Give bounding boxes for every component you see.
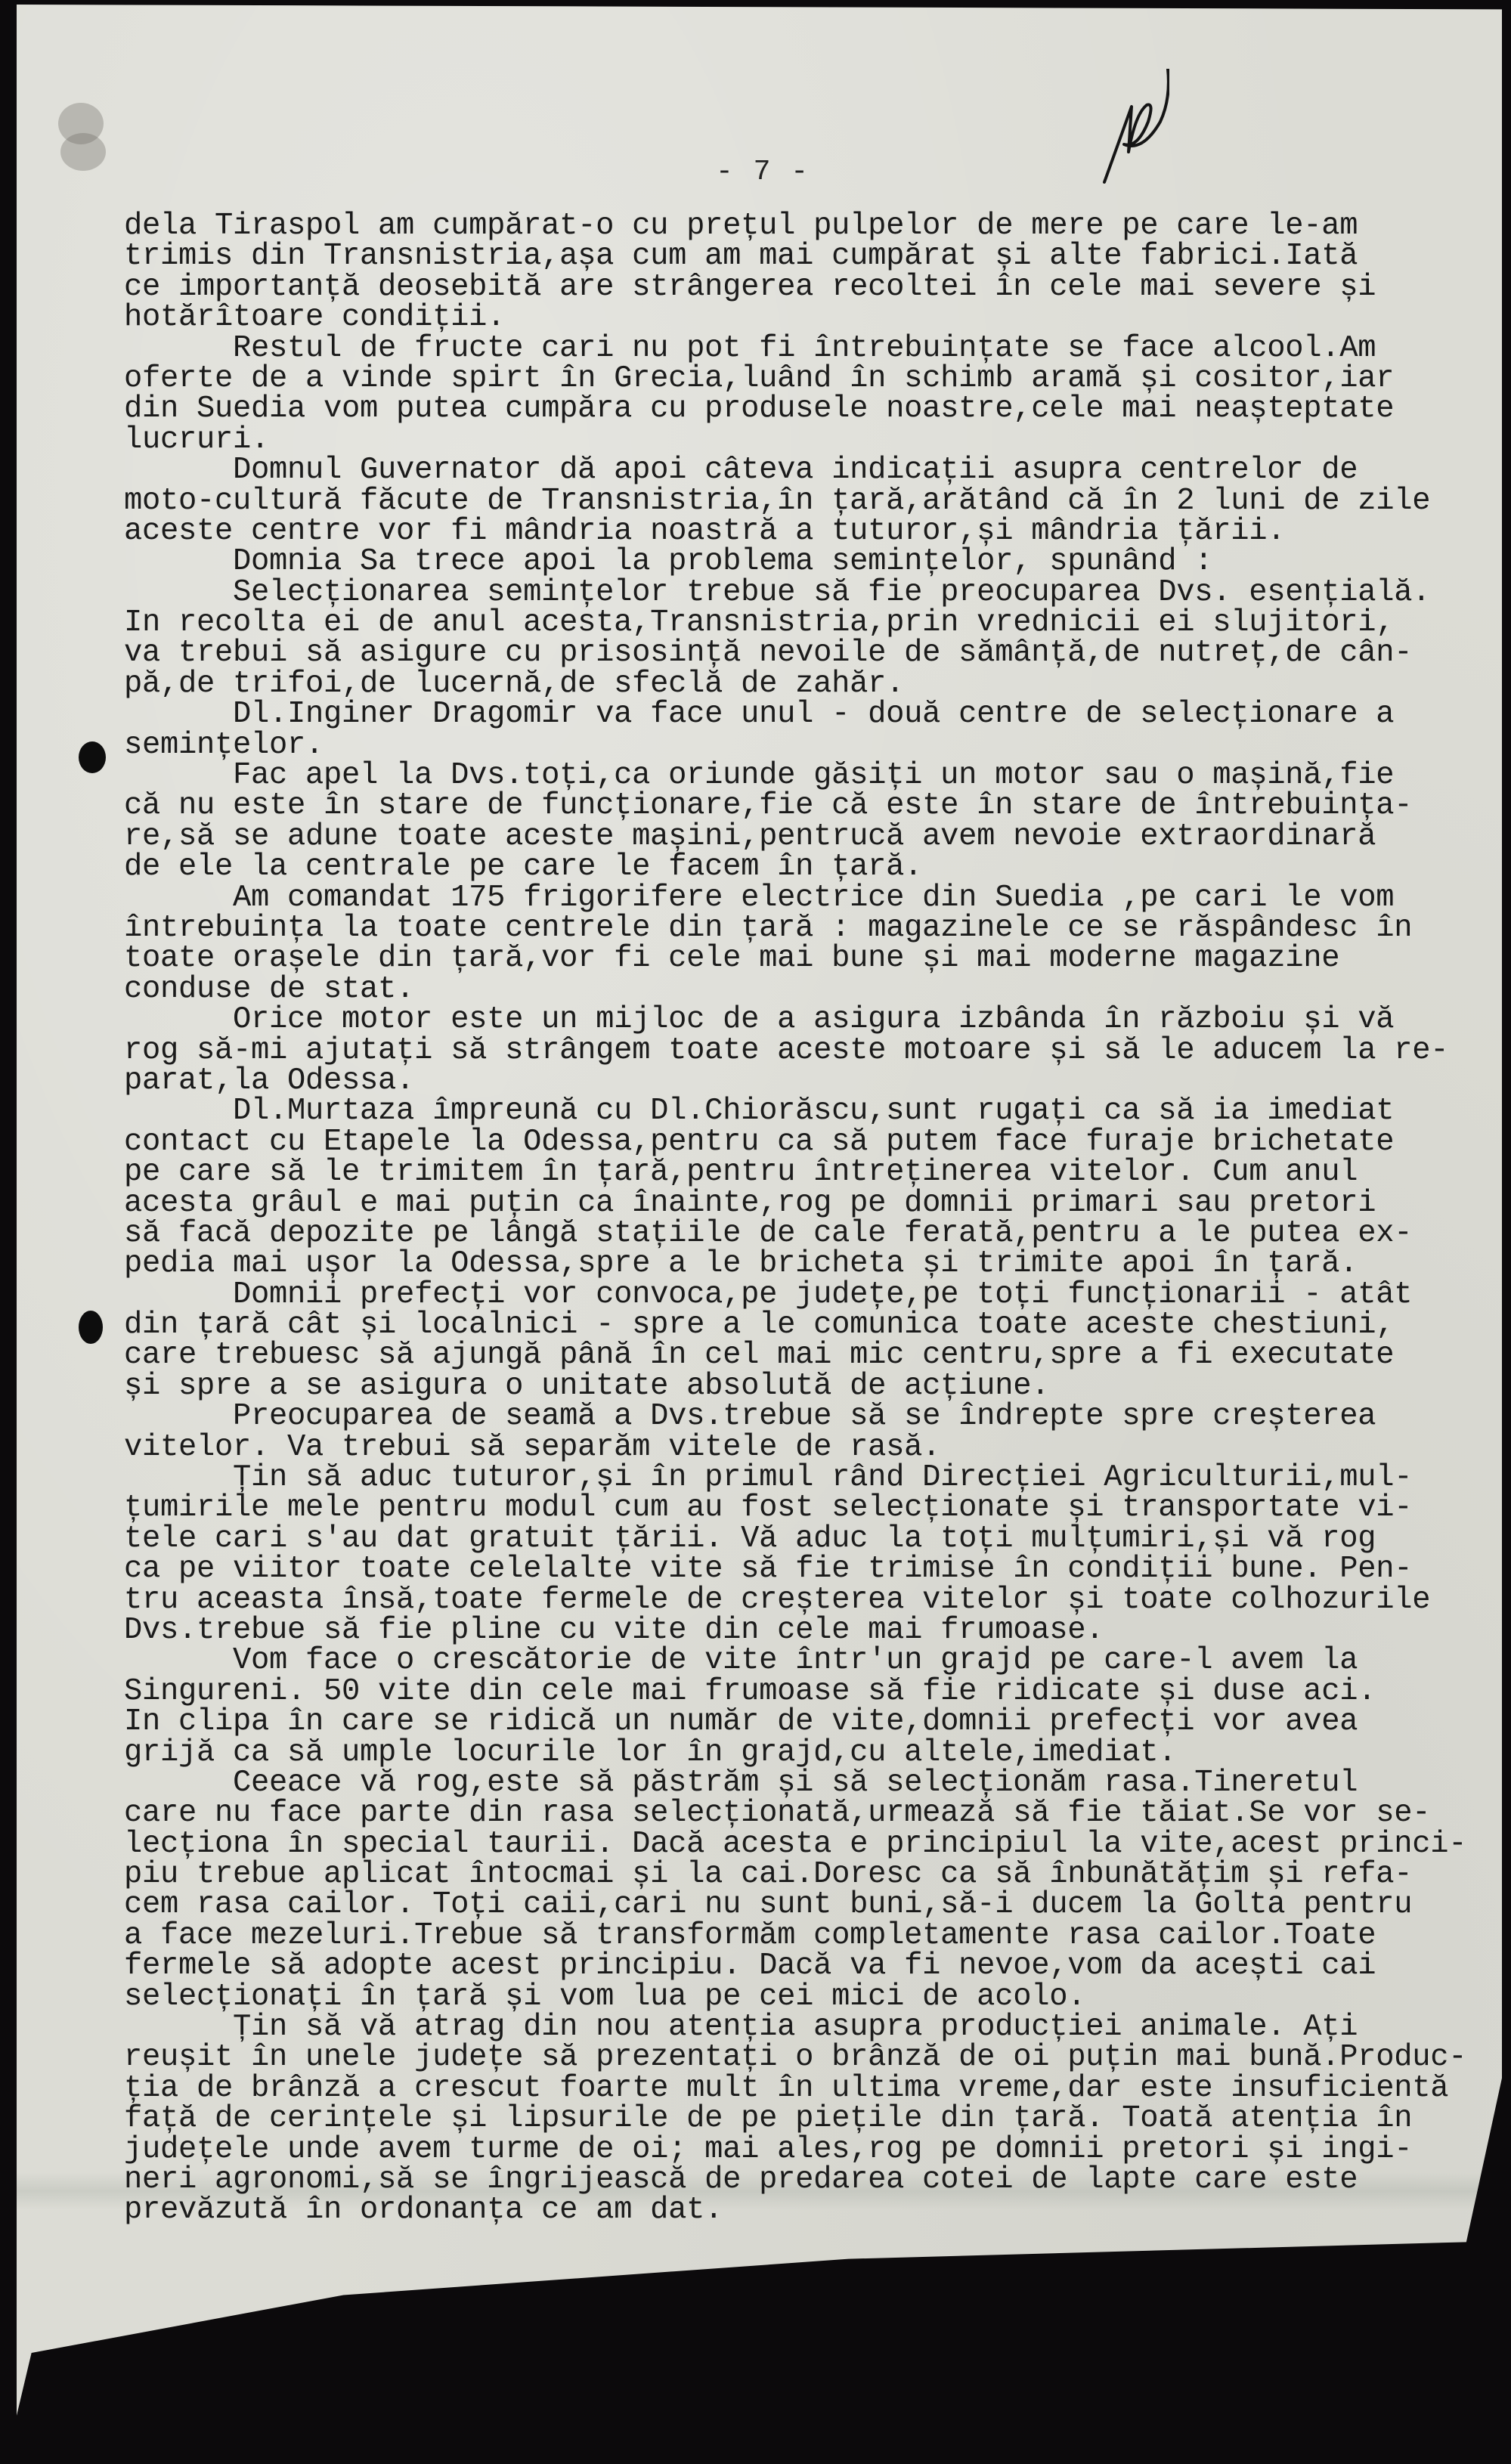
text-line: fermele să adopte acest principiu. Dacă …	[124, 1951, 1485, 1981]
text-line: re,să se adune toate aceste mașini,pentr…	[124, 822, 1485, 852]
text-line: Preocuparea de seamă a Dvs.trebue să se …	[124, 1401, 1485, 1432]
text-line: față de cerințele și lipsurile de pe pie…	[124, 2103, 1485, 2134]
text-line: din țară cât și localnici - spre a le co…	[124, 1310, 1485, 1340]
text-line: din Suedia vom putea cumpăra cu produsel…	[124, 394, 1485, 424]
text-line: ca pe viitor toate celelalte vite să fie…	[124, 1554, 1485, 1584]
text-line: ția de brânză a crescut foarte mult în u…	[124, 2073, 1485, 2103]
page-number: - 7 -	[716, 156, 810, 188]
text-line: aceste centre vor fi mândria noastră a t…	[124, 516, 1485, 546]
text-line: județele unde avem turme de oi; mai ales…	[124, 2134, 1485, 2165]
handwritten-folio-mark	[1101, 69, 1169, 190]
text-line: Ceeace vă rog,este să păstrăm și să sele…	[124, 1768, 1485, 1798]
text-line: Domnia Sa trece apoi la problema semințe…	[124, 546, 1485, 577]
text-line: neri agronomi,să se îngrijească de preda…	[124, 2165, 1485, 2195]
text-line: și spre a se asigura o unitate absolută …	[124, 1371, 1485, 1401]
text-line: tru aceasta însă,toate fermele de crește…	[124, 1585, 1485, 1615]
text-line: pă,de trifoi,de lucernă,de sfeclă de zah…	[124, 669, 1485, 699]
document-page: 12 - 7 - dela Tiraspol am cumpărat-o cu …	[17, 5, 1502, 2416]
text-line: moto-cultură făcute de Transnistria,în ț…	[124, 486, 1485, 516]
text-line: rog să-mi ajutați să strângem toate aces…	[124, 1035, 1485, 1066]
text-line: cem rasa cailor. Toți caii,cari nu sunt …	[124, 1890, 1485, 1920]
text-line: Dl.Inginer Dragomir va face unul - două …	[124, 699, 1485, 729]
text-line: vitelor. Va trebui să separăm vitele de …	[124, 1432, 1485, 1463]
text-line: Vom face o crescătorie de vite într'un g…	[124, 1645, 1485, 1676]
text-line: Orice motor este un mijloc de a asigura …	[124, 1004, 1485, 1035]
text-line: Dvs.trebue să fie pline cu vite din cele…	[124, 1615, 1485, 1645]
text-line: lecționa în special taurii. Dacă acesta …	[124, 1829, 1485, 1859]
text-line: acesta grâul e mai puțin ca înainte,rog …	[124, 1188, 1485, 1218]
text-line: In clipa în care se ridică un număr de v…	[124, 1707, 1485, 1737]
text-line: de ele la centrale pe care le facem în ț…	[124, 852, 1485, 882]
text-line: oferte de a vinde spirt în Grecia,luând …	[124, 364, 1485, 394]
text-line: să facă depozite pe lângă stațiile de ca…	[124, 1218, 1485, 1249]
text-line: Restul de fructe cari nu pot fi întrebui…	[124, 333, 1485, 364]
text-line: întrebuința la toate centrele din țară :…	[124, 913, 1485, 943]
text-line: grijă ca să umple locurile lor în grajd,…	[124, 1738, 1485, 1768]
continuation-mark: ./.	[746, 2302, 800, 2336]
punch-hole	[98, 2402, 106, 2410]
text-line: Am comandat 175 frigorifere electrice di…	[124, 883, 1485, 913]
text-line: Domnii prefecți vor convoca,pe județe,pe…	[124, 1280, 1485, 1310]
text-line: hotărîtoare condiții.	[124, 302, 1485, 333]
text-line: selecționați în țară și vom lua pe cei m…	[124, 1982, 1485, 2012]
text-line: toate orașele din țară,vor fi cele mai b…	[124, 943, 1485, 974]
typewritten-body: dela Tiraspol am cumpărat-o cu prețul pu…	[124, 211, 1485, 2226]
text-line: care trebuesc să ajungă până în cel mai …	[124, 1340, 1485, 1370]
text-line: Singureni. 50 vite din cele mai frumoase…	[124, 1676, 1485, 1707]
punch-hole	[79, 741, 106, 773]
text-line: parat,la Odessa.	[124, 1066, 1485, 1096]
text-line: semințelor.	[124, 730, 1485, 760]
text-line: țumirile mele pentru modul cum au fost s…	[124, 1493, 1485, 1523]
text-line: va trebui să asigure cu prisosință nevoi…	[124, 638, 1485, 668]
text-line: Țin să vă atrag din nou atenția asupra p…	[124, 2012, 1485, 2042]
text-line: In recolta ei de anul acesta,Transnistri…	[124, 608, 1485, 638]
text-line: lucruri.	[124, 425, 1485, 455]
text-line: ce importanță deosebită are strângerea r…	[124, 272, 1485, 302]
text-line: trimis din Transnistria,așa cum am mai c…	[124, 241, 1485, 271]
text-line: Selecționarea semințelor trebue să fie p…	[124, 577, 1485, 608]
text-line: pedia mai ușor la Odessa,spre a le brich…	[124, 1249, 1485, 1279]
text-line: Țin să aduc tuturor,și în primul rând Di…	[124, 1463, 1485, 1493]
text-line: piu trebue aplicat întocmai și la cai.Do…	[124, 1859, 1485, 1890]
text-line: Domnul Guvernator dă apoi câteva indicaț…	[124, 455, 1485, 485]
punch-hole	[79, 1311, 103, 1344]
rust-stain	[60, 133, 106, 171]
text-line: Dl.Murtaza împreună cu Dl.Chiorăscu,sunt…	[124, 1096, 1485, 1126]
text-line: Fac apel la Dvs.toți,ca oriunde găsiți u…	[124, 760, 1485, 791]
text-line: tele cari s'au dat gratuit țării. Vă adu…	[124, 1524, 1485, 1554]
text-line: conduse de stat.	[124, 974, 1485, 1004]
text-line: dela Tiraspol am cumpărat-o cu prețul pu…	[124, 211, 1485, 241]
text-line: că nu este în stare de funcționare,fie c…	[124, 791, 1485, 821]
text-line: prevăzută în ordonanța ce am dat.	[124, 2195, 1485, 2225]
text-line: reușit în unele județe să prezentați o b…	[124, 2042, 1485, 2072]
text-line: pe care să le trimitem în țară,pentru în…	[124, 1157, 1485, 1187]
text-line: contact cu Etapele la Odessa,pentru ca s…	[124, 1127, 1485, 1157]
text-line: care nu face parte din rasa selecționată…	[124, 1798, 1485, 1828]
text-line: a face mezeluri.Trebue să transformăm co…	[124, 1921, 1485, 1951]
